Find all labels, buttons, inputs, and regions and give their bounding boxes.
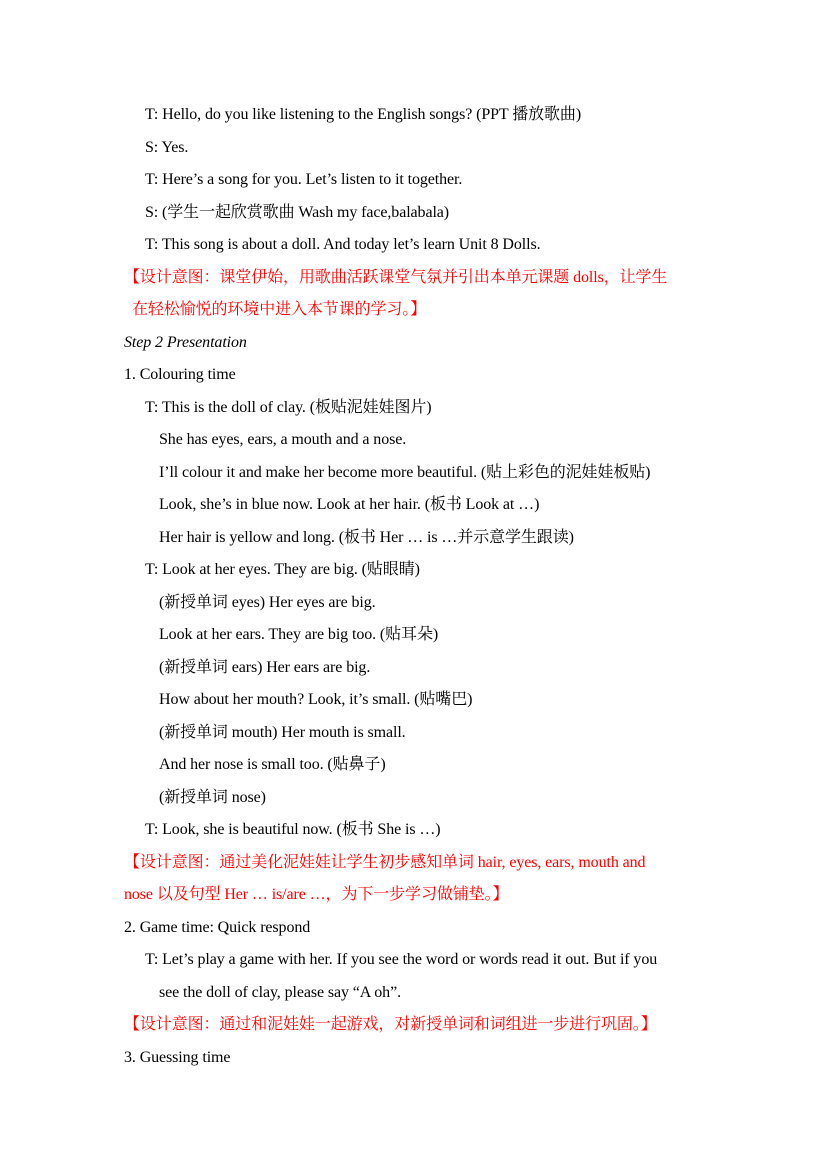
text-line: She has eyes, ears, a mouth and a nose. (159, 424, 724, 457)
text-line: (新授单词 ears) Her ears are big. (159, 652, 724, 685)
text-line: T: Look at her eyes. They are big. (贴眼睛) (145, 554, 724, 587)
document-body: T: Hello, do you like listening to the E… (124, 99, 724, 1074)
text-line: T: Hello, do you like listening to the E… (145, 99, 724, 132)
text-line: see the doll of clay, please say “A oh”. (159, 977, 724, 1010)
document-page: T: Hello, do you like listening to the E… (124, 99, 724, 1074)
text-line: S: (学生一起欣赏歌曲 Wash my face,balabala) (145, 197, 724, 230)
text-line: Look at her ears. They are big too. (贴耳朵… (159, 619, 724, 652)
text-line: Step 2 Presentation (124, 327, 724, 360)
text-line: 【设计意图：通过和泥娃娃一起游戏，对新授单词和词组进一步进行巩固。】 (124, 1009, 724, 1042)
text-line: Look, she’s in blue now. Look at her hai… (159, 489, 724, 522)
text-line: (新授单词 eyes) Her eyes are big. (159, 587, 724, 620)
text-line: 【设计意图：课堂伊始，用歌曲活跃课堂气氛并引出本单元课题 dolls，让学生 (124, 262, 724, 295)
text-line: T: Here’s a song for you. Let’s listen t… (145, 164, 724, 197)
text-line: T: This song is about a doll. And today … (145, 229, 724, 262)
text-line: (新授单词 nose) (159, 782, 724, 815)
text-line: T: Look, she is beautiful now. (板书 She i… (145, 814, 724, 847)
text-line: 3. Guessing time (124, 1042, 724, 1075)
text-line: And her nose is small too. (贴鼻子) (159, 749, 724, 782)
text-line: T: This is the doll of clay. (板贴泥娃娃图片) (145, 392, 724, 425)
text-line: How about her mouth? Look, it’s small. (… (159, 684, 724, 717)
text-line: Her hair is yellow and long. (板书 Her … i… (159, 522, 724, 555)
text-line: 【设计意图：通过美化泥娃娃让学生初步感知单词 hair, eyes, ears,… (124, 847, 724, 880)
text-line: 1. Colouring time (124, 359, 724, 392)
text-line: nose 以及句型 Her … is/are …，为下一步学习做铺垫。】 (124, 879, 724, 912)
text-line: S: Yes. (145, 132, 724, 165)
text-line: (新授单词 mouth) Her mouth is small. (159, 717, 724, 750)
text-line: 在轻松愉悦的环境中进入本节课的学习。】 (132, 294, 724, 327)
text-line: T: Let’s play a game with her. If you se… (145, 944, 724, 977)
text-line: 2. Game time: Quick respond (124, 912, 724, 945)
text-line: I’ll colour it and make her become more … (159, 457, 724, 490)
